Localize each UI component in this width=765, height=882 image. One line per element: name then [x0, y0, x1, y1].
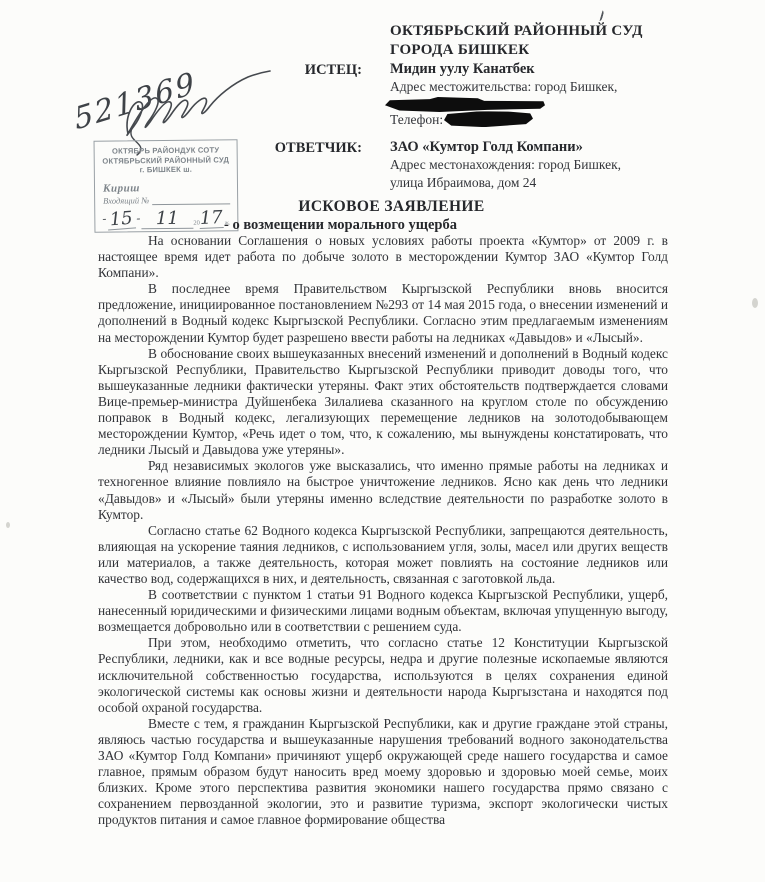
body-paragraph: В обоснование своих вышеуказанных внесен…: [98, 346, 668, 459]
document-title: ИСКОВОЕ ЗАЯВЛЕНИЕ: [0, 198, 765, 216]
body-paragraph: Вместе с тем, я гражданин Кыргызской Рес…: [98, 716, 668, 829]
defendant-label: ОТВЕТЧИК:: [270, 140, 362, 157]
plaintiff-name: Мидин уулу Канатбек: [390, 61, 535, 78]
stamp-city: г. БИШКЕК ш.: [95, 164, 237, 175]
plaintiff-phone-label: Телефон:: [390, 112, 443, 128]
scan-speck: [752, 298, 758, 308]
plaintiff-address: Адрес местожительства: город Бишкек,: [390, 79, 617, 95]
scan-speck: [6, 522, 10, 528]
body-paragraph: Согласно статье 62 Водного кодекса Кыргы…: [98, 523, 668, 587]
body-paragraph: Ряд независимых экологов уже высказались…: [98, 458, 668, 522]
defendant-address-line2: улица Ибраимова, дом 24: [390, 175, 536, 191]
court-name-line1: ОКТЯБРЬСКИЙ РАЙОННЫЙ СУД: [390, 22, 643, 41]
document-body: На основании Соглашения о новых условиях…: [98, 233, 668, 828]
body-paragraph: В последнее время Правительством Кыргызс…: [98, 281, 668, 345]
body-paragraph: На основании Соглашения о новых условиях…: [98, 233, 668, 281]
body-paragraph: При этом, необходимо отметить, что согла…: [98, 635, 668, 715]
scanned-court-document: 521369 ОКТЯБРЬ РАЙОНДУК СОТУ ОКТЯБРЬСКИЙ…: [0, 0, 765, 882]
body-paragraph: В соответствии с пунктом 1 статьи 91 Вод…: [98, 587, 668, 635]
scan-artifact-tick: [597, 10, 605, 22]
redaction-bar-phone: [444, 110, 533, 128]
document-subtitle: - о возмещении морального ущерба: [0, 217, 723, 234]
redaction-bar-address: [385, 97, 545, 112]
court-name-header: ОКТЯБРЬСКИЙ РАЙОННЫЙ СУД ГОРОДА БИШКЕК: [390, 22, 643, 60]
defendant-name: ЗАО «Кумтор Голд Компани»: [390, 139, 583, 156]
defendant-address-line1: Адрес местонахождения: город Бишкек,: [390, 157, 621, 173]
court-name-line2: ГОРОДА БИШКЕК: [390, 41, 643, 60]
plaintiff-label: ИСТЕЦ:: [270, 62, 362, 79]
stamp-kyrgyz-incoming-label: Кириш: [103, 181, 237, 194]
